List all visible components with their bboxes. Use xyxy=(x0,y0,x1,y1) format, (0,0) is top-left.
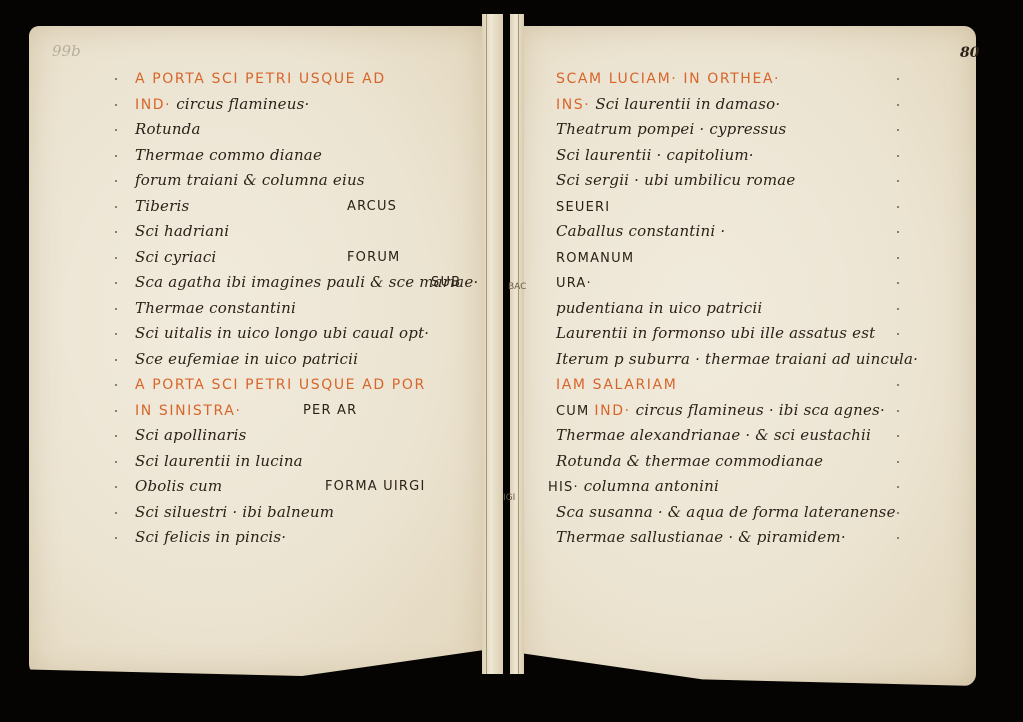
manuscript-line: Sci cyriaciFORUM xyxy=(135,245,475,271)
manuscript-line: Sci laurentii · capitolium· xyxy=(556,143,956,169)
capitals-text: ROMANUM xyxy=(556,251,634,266)
manuscript-line: Thermae constantini xyxy=(135,296,475,322)
line-text: Sca susanna · & aqua de forma lateranens… xyxy=(556,503,896,521)
gutter-note: IGI xyxy=(503,493,515,503)
line-text: Laurentii in formonso ubi ille assatus e… xyxy=(556,324,875,342)
line-text: circus flamineus · ibi sca agnes· xyxy=(636,401,885,419)
folio-number-pencil: 99b xyxy=(52,42,81,60)
manuscript-line: Iterum p suburra · thermae traiani ad ui… xyxy=(556,347,956,373)
manuscript-line: IN SINISTRA· PER AR xyxy=(135,398,475,424)
manuscript-line: Theatrum pompei · cypressus xyxy=(556,117,956,143)
manuscript-line: SEUERI xyxy=(556,194,956,220)
capitals-text: URA· xyxy=(556,276,592,291)
line-text: Sci hadriani xyxy=(135,222,229,240)
line-text: Thermae sallustianae · & piramidem· xyxy=(556,528,846,546)
line-text: Caballus constantini · xyxy=(556,222,725,240)
rubric-text: IAM SALARIAM xyxy=(556,377,677,393)
manuscript-line: forum traiani & columna eius xyxy=(135,168,475,194)
line-text: Theatrum pompei · cypressus xyxy=(556,120,786,138)
line-text: Thermae constantini xyxy=(135,299,296,317)
manuscript-line: ROMANUM xyxy=(556,245,956,271)
line-text: Sci apollinaris xyxy=(135,426,246,444)
line-text: Rotunda & thermae commodianae xyxy=(556,452,823,470)
manuscript-line: A PORTA SCI PETRI USQUE AD xyxy=(135,66,475,92)
manuscript-line: IND· circus flamineus· xyxy=(135,92,475,118)
margin-capitals: FORMA UIRGI xyxy=(325,474,425,500)
left-page-text: A PORTA SCI PETRI USQUE AD IND· circus f… xyxy=(135,66,475,551)
folio-number-ink: 80 xyxy=(960,45,979,61)
manuscript-line: Sci apollinaris xyxy=(135,423,475,449)
manuscript-line: Sci siluestri · ibi balneum xyxy=(135,500,475,526)
manuscript-line: Thermae alexandrianae · & sci eustachii xyxy=(556,423,956,449)
line-text: Sci cyriaci xyxy=(135,248,216,266)
rubric-text: IND· xyxy=(594,403,630,419)
margin-capitals: FORUM xyxy=(347,245,400,271)
manuscript-line: Obolis cumFORMA UIRGI xyxy=(135,474,475,500)
line-text: pudentiana in uico patricii xyxy=(556,299,762,317)
manuscript-line: Sci felicis in pincis· xyxy=(135,525,475,551)
book-spine xyxy=(503,0,509,722)
manuscript-line: Laurentii in formonso ubi ille assatus e… xyxy=(556,321,956,347)
manuscript-line: IAM SALARIAM xyxy=(556,372,956,398)
line-text: Sci sergii · ubi umbilicu romae xyxy=(556,171,795,189)
rubric-text: A PORTA SCI PETRI USQUE AD POR xyxy=(135,377,426,393)
right-gutter xyxy=(510,14,524,674)
line-text: Sci uitalis in uico longo ubi caual opt· xyxy=(135,324,429,342)
line-text: Sci laurentii in damaso· xyxy=(595,95,780,113)
manuscript-line: HIS· columna antonini xyxy=(548,474,956,500)
manuscript-line: Sca susanna · & aqua de forma lateranens… xyxy=(556,500,956,526)
line-text: Sci siluestri · ibi balneum xyxy=(135,503,334,521)
left-gutter xyxy=(482,14,504,674)
rubric-text: IN SINISTRA· xyxy=(135,403,242,419)
rubric-text: SCAM LUCIAM· IN ORTHEA· xyxy=(556,71,780,87)
line-text: forum traiani & columna eius xyxy=(135,171,365,189)
rubric-text: A PORTA SCI PETRI USQUE AD xyxy=(135,71,386,87)
manuscript-line: Sce eufemiae in uico patricii xyxy=(135,347,475,373)
manuscript-line: Sci hadriani xyxy=(135,219,475,245)
capitals-text: CUM xyxy=(556,404,589,419)
margin-capitals: PER AR xyxy=(303,398,357,424)
manuscript-line: Sci sergii · ubi umbilicu romae xyxy=(556,168,956,194)
manuscript-line: SCAM LUCIAM· IN ORTHEA· xyxy=(556,66,956,92)
line-text: Sci laurentii in lucina xyxy=(135,452,303,470)
margin-capitals: SUB xyxy=(431,270,461,296)
manuscript-line: TiberisARCUS xyxy=(135,194,475,220)
line-text: circus flamineus· xyxy=(176,95,309,113)
line-text: Sci felicis in pincis· xyxy=(135,528,286,546)
gutter-note: BAC xyxy=(508,282,526,292)
right-page-text: SCAM LUCIAM· IN ORTHEA· INS· Sci laurent… xyxy=(556,66,956,551)
line-text: Thermae alexandrianae · & sci eustachii xyxy=(556,426,871,444)
manuscript-line: Rotunda & thermae commodianae xyxy=(556,449,956,475)
margin-capitals: ARCUS xyxy=(347,194,397,220)
capitals-text: SEUERI xyxy=(556,200,610,215)
rubric-text: IND· xyxy=(135,97,171,113)
manuscript-line: Thermae commo dianae xyxy=(135,143,475,169)
line-text: Sca agatha ibi imagines pauli & sce mari… xyxy=(135,273,478,291)
manuscript-line: Sci uitalis in uico longo ubi caual opt· xyxy=(135,321,475,347)
line-text: columna antonini xyxy=(584,477,719,495)
manuscript-line: Caballus constantini · xyxy=(556,219,956,245)
line-text: Obolis cum xyxy=(135,477,222,495)
manuscript-line: Thermae sallustianae · & piramidem· xyxy=(556,525,956,551)
line-text: Iterum p suburra · thermae traiani ad ui… xyxy=(556,350,918,368)
line-text: Sce eufemiae in uico patricii xyxy=(135,350,358,368)
manuscript-line: Rotunda xyxy=(135,117,475,143)
manuscript-line: INS· Sci laurentii in damaso· xyxy=(556,92,956,118)
rubric-text: INS· xyxy=(556,97,590,113)
manuscript-line: pudentiana in uico patricii xyxy=(556,296,956,322)
line-text: Thermae commo dianae xyxy=(135,146,322,164)
manuscript-line: CUM IND· circus flamineus · ibi sca agne… xyxy=(556,398,956,424)
line-text: Sci laurentii · capitolium· xyxy=(556,146,754,164)
manuscript-line: URA· xyxy=(556,270,956,296)
line-text: Rotunda xyxy=(135,120,201,138)
line-text: Tiberis xyxy=(135,197,189,215)
manuscript-line: A PORTA SCI PETRI USQUE AD POR xyxy=(135,372,475,398)
manuscript-line: Sci laurentii in lucina xyxy=(135,449,475,475)
capitals-text: HIS· xyxy=(548,480,579,495)
manuscript-line: Sca agatha ibi imagines pauli & sce mari… xyxy=(135,270,475,296)
